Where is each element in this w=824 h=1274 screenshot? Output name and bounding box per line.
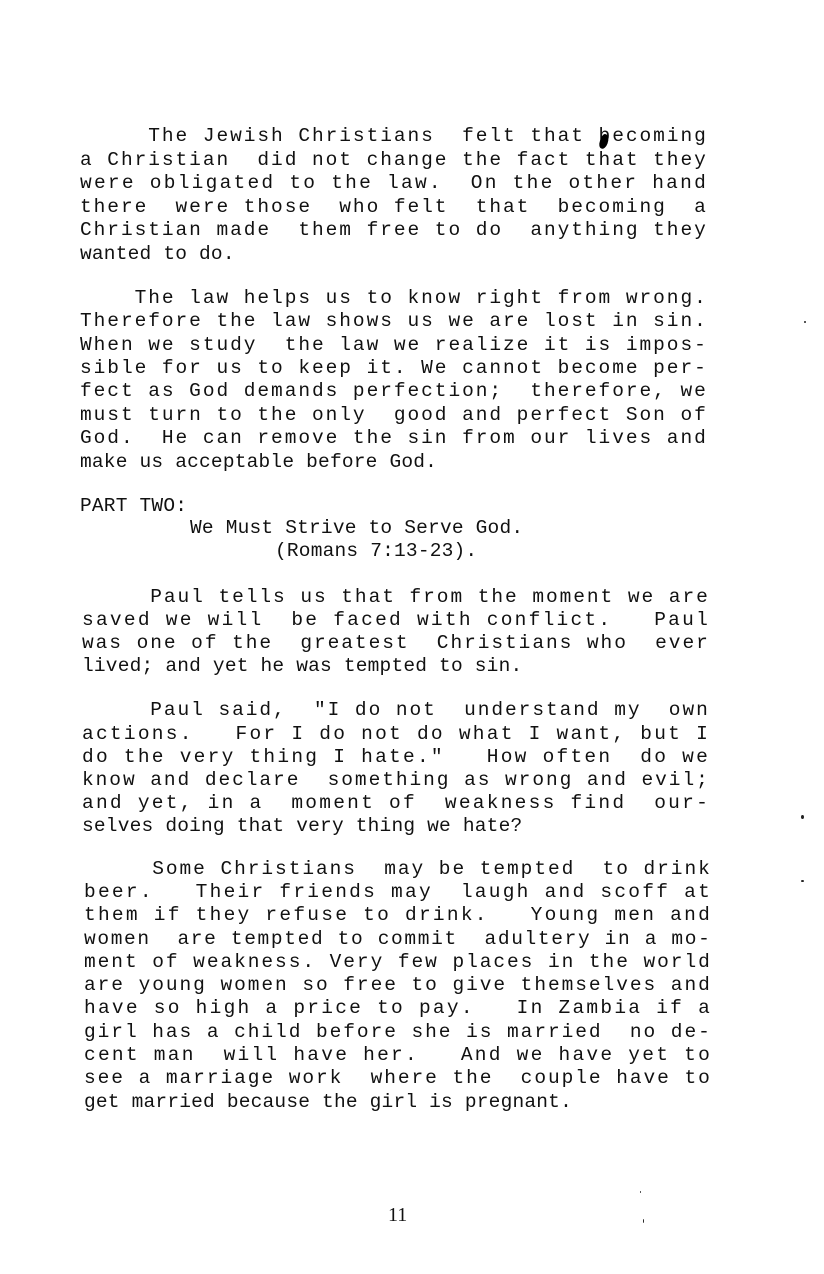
text-line: When we study the law we realize it is i… [80, 333, 708, 357]
text-line: cent man will have her. And we have yet … [84, 1043, 712, 1067]
page-number: 11 [388, 1204, 407, 1227]
text-line: selves doing that very thing we hate? [82, 814, 522, 838]
scan-speck [801, 880, 804, 882]
text-line: The law helps us to know right from wron… [80, 286, 708, 310]
text-line: Some Christians may be tempted to drink [84, 857, 712, 881]
text-line: a Christian did not change the fact that… [80, 148, 708, 172]
text-line: were obligated to the law. On the other … [80, 171, 708, 195]
text-line: do the very thing I hate." How often do … [82, 745, 710, 769]
text-line: saved we will be faced with conflict. Pa… [82, 608, 710, 632]
document-page: The Jewish Christians felt that becoming… [0, 0, 824, 1274]
text-line: sible for us to keep it. We cannot becom… [80, 356, 708, 380]
text-line: ment of weakness. Very few places in the… [84, 950, 712, 974]
text-line: women are tempted to commit adultery in … [84, 927, 711, 951]
text-line: beer. Their friends may laugh and scoff … [84, 880, 712, 904]
text-line: make us acceptable before God. [80, 450, 437, 474]
text-line: know and declare something as wrong and … [82, 768, 710, 792]
text-line: The Jewish Christians felt that becoming [80, 124, 708, 148]
scan-speck [801, 815, 804, 819]
text-line: must turn to the only good and perfect S… [80, 403, 708, 427]
text-line: lived; and yet he was tempted to sin. [82, 654, 522, 678]
text-line: Paul tells us that from the moment we ar… [82, 585, 710, 609]
text-line: actions. For I do not do what I want, bu… [82, 722, 710, 746]
text-line: Christian made them free to do anything … [80, 218, 708, 242]
text-line: girl has a child before she is married n… [84, 1020, 712, 1044]
text-line: them if they refuse to drink. Young men … [84, 903, 712, 927]
text-line: was one of the greatest Christians who e… [82, 631, 710, 655]
text-line: there were those who felt that becoming … [80, 195, 708, 219]
text-line: see a marriage work where the couple hav… [84, 1066, 712, 1090]
text-line: are young women so free to give themselv… [84, 973, 712, 997]
text-line: get married because the girl is pregnant… [84, 1090, 572, 1114]
scan-speck [640, 1191, 641, 1193]
scan-speck [804, 321, 806, 323]
scripture-reference: (Romans 7:13-23). [275, 539, 477, 563]
text-line: and yet, in a moment of weakness find ou… [82, 791, 710, 815]
text-line: God. He can remove the sin from our live… [80, 426, 708, 450]
text-line: Therefore the law shows us we are lost i… [80, 309, 708, 333]
text-line: wanted to do. [80, 242, 235, 266]
section-title: We Must Strive to Serve God. [190, 516, 523, 540]
text-line: fect as God demands perfection; therefor… [80, 379, 708, 403]
text-line: have so high a price to pay. In Zambia i… [84, 996, 712, 1020]
scan-speck [643, 1219, 644, 1223]
section-label: PART TWO: [80, 494, 187, 518]
text-line: Paul said, "I do not understand my own [82, 698, 710, 722]
